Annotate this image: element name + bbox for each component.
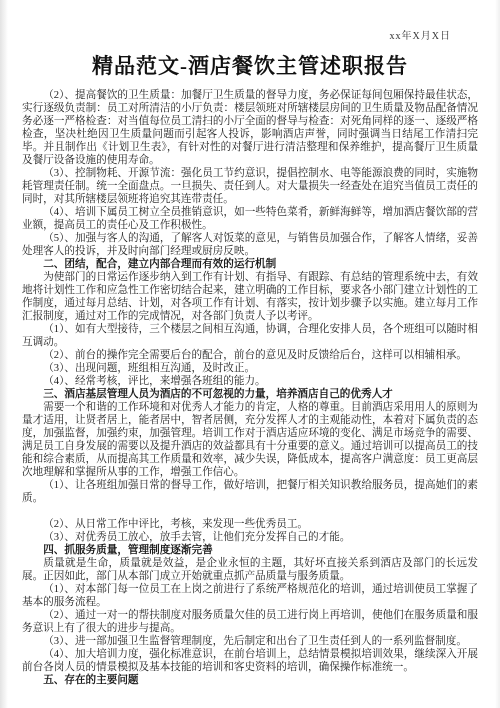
body-paragraph: （3）、出现问题，班组相互沟通，及时改正。 [22,362,478,375]
page-title: 精品范文-酒店餐饮主管述职报告 [0,50,500,80]
section-heading: 四、抓服务质量，管理制度逐渐完善 [22,544,478,557]
body-paragraph: （4）、培训下属员工树立全员推销意识，如一些特色菜肴，新鲜海鲜等，增加酒店餐饮部… [22,206,478,232]
body-paragraph: （2）、通过一对一的帮扶制度对服务质量欠佳的员工进行岗上再培训，使他们在服务质量… [22,609,478,635]
body-paragraph: （1）、对本部门每一位员工在上岗之前进行了系统严格规范化的培训，通过培训使员工掌… [22,583,478,609]
body-paragraph: （2）、从日常工作中评比，考核，来发现一些优秀员工。 [22,518,478,531]
body-paragraph: （3）、对优秀员工放心，放手去管，让他们充分发挥自己的才能。 [22,531,478,544]
body-paragraph: 需要一个和谐的工作环境和对优秀人才能力的肯定，人格的尊重。目前酒店采用用人的原则… [22,401,478,479]
body-paragraph: （3）、进一部加强卫生监督管理制度，先后制定和出台了卫生责任到人的一系列监督制度… [22,635,478,648]
body-paragraph: 质量就是生命，质量就是效益，是企业永恒的主题，其好坏直接关系到酒店及部门的长远发… [22,557,478,583]
document-page: xx年X月X日 精品范文-酒店餐饮主管述职报告 （2）、提高餐饮的卫生质量：加餐… [0,0,500,687]
section-heading: 五、存在的主要问题 [22,674,478,687]
body-paragraph: （3）、控制物耗、开源节流：强化员工节约意识，提倡控制水、电等能源浪费的同时，实… [22,167,478,206]
body-paragraph: （4）、经常考核，评比，来增强各班组的能力。 [22,375,478,388]
body-paragraph: （1）、如有大型接待，三个楼层之间相互沟通，协调，合理化安排人员，各个班组可以随… [22,323,478,349]
section-heading: 三、酒店基层管理人员为酒店的不可忽视的力量，培养酒店自己的优秀人才 [22,388,478,401]
document-date: xx年X月X日 [0,0,500,43]
body-paragraph: 为使部门的日常运作逐步纳入到工作有计划、有指导、有跟踪、有总结的管理系统中去，有… [22,271,478,323]
section-heading: 二、团结，配合，建立内部合理而有效的运行机制 [22,258,478,271]
document-body: （2）、提高餐饮的卫生质量：加餐厅卫生质量的督导力度，务必保证每间包厢保持最佳状… [22,89,478,687]
body-paragraph: （2）、前台的操作完全需要后台的配合，前台的意见及时反馈给后台，这样可以相辅相承… [22,349,478,362]
body-paragraph: （1）、让各班组加强日常的督导工作，做好培训，把餐厅相关知识教给服务员，提高她们… [22,479,478,505]
body-paragraph: （5）、加强与客人的沟通，了解客人对饭菜的意见，与销售员加强合作，了解客人情绪，… [22,232,478,258]
body-paragraph: （2）、提高餐饮的卫生质量：加餐厅卫生质量的督导力度，务必保证每间包厢保持最佳状… [22,89,478,167]
blank-line [22,505,478,518]
body-paragraph: （4）、加大培训力度，强化标准意识，在前台培训上，总结情景模拟培训效果，继续深入… [22,648,478,674]
